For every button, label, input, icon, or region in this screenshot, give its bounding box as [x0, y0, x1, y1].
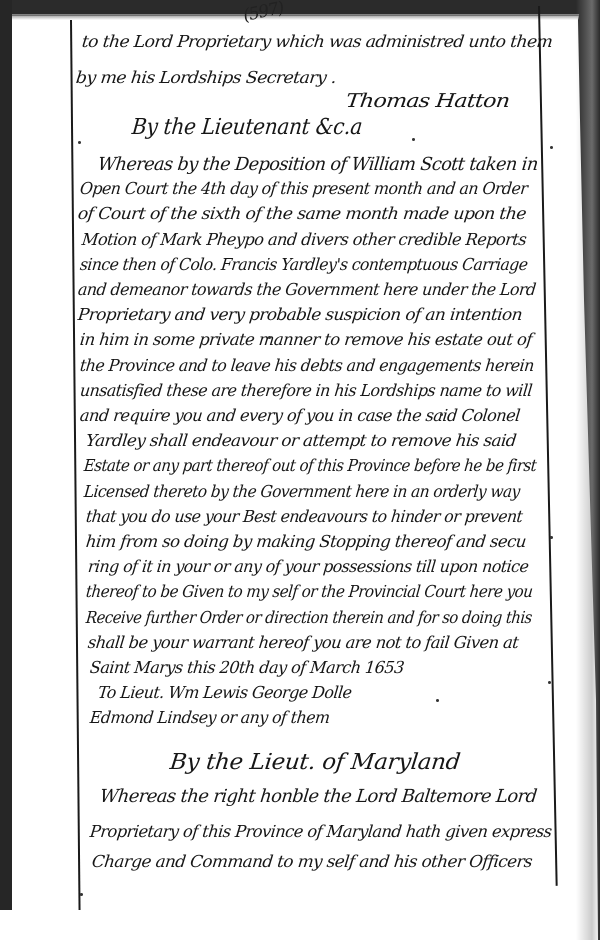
ink-speck [550, 146, 553, 149]
manuscript-line-part2: By the Lieut. of Maryland [169, 750, 462, 775]
manuscript-line: since then of Colo. Francis Yardley's co… [79, 255, 528, 274]
ink-speck [550, 536, 553, 539]
manuscript-line: in him in some private manner to remove … [79, 330, 533, 349]
manuscript-line: Thomas Hatton [345, 90, 511, 112]
manuscript-line: that you do use your Best endeavours to … [85, 507, 523, 526]
manuscript-line: Estate or any part thereof out of this P… [83, 456, 537, 475]
ink-speck [436, 699, 439, 702]
manuscript-line: and demeanor towards the Government here… [77, 280, 537, 299]
manuscript-line: Whereas by the Deposition of William Sco… [97, 154, 539, 175]
manuscript-line: shall be your warrant hereof you are not… [87, 633, 519, 652]
manuscript-line: him from so doing by making Stopping the… [85, 532, 527, 551]
manuscript-line: Saint Marys this 20th day of March 1653 [89, 658, 405, 677]
manuscript-line-part2: Charge and Command to my self and his ot… [91, 852, 533, 871]
ink-speck [80, 893, 83, 896]
manuscript-line: Motion of Mark Pheypo and divers other c… [81, 230, 527, 249]
scan-border-left [0, 0, 12, 910]
manuscript-line: Yardley shall endeavour or attempt to re… [85, 431, 517, 450]
manuscript-line: By the Lieutenant &c.a [131, 115, 363, 140]
manuscript-line: thereof to be Given to my self or the Pr… [85, 582, 533, 601]
manuscript-line: Licensed thereto by the Government here … [83, 482, 521, 501]
ink-speck [78, 141, 81, 144]
manuscript-line-part2: Proprietary of this Province of Maryland… [89, 822, 552, 841]
scan-border-top-fade [0, 14, 600, 20]
right-margin-rule [538, 6, 557, 886]
manuscript-line: the Province and to leave his debts and … [79, 356, 535, 375]
manuscript-line: of Court of the sixth of the same month … [77, 204, 527, 223]
ink-speck [412, 138, 415, 141]
ink-speck [548, 681, 551, 684]
manuscript-line: Proprietary and very probable suspicion … [77, 305, 523, 324]
left-margin-rule [70, 20, 80, 910]
manuscript-line: and require you and every of you in case… [79, 406, 521, 425]
ink-speck [268, 336, 271, 339]
page-number: (597) [241, 0, 285, 26]
manuscript-line: to the Lord Proprietary which was admini… [81, 32, 553, 51]
manuscript-line-part2: Whereas the right honble the Lord Baltem… [99, 786, 538, 807]
manuscript-line: ring of it in your or any of your posses… [87, 557, 529, 576]
manuscript-line: To Lieut. Wm Lewis George Dolle [97, 683, 352, 702]
manuscript-line: unsatisfied these are therefore in his L… [79, 381, 533, 400]
manuscript-line: Edmond Lindsey or any of them [89, 708, 330, 727]
manuscript-line: Open Court the 4th day of this present m… [79, 179, 528, 198]
manuscript-line: by me his Lordships Secretary . [75, 68, 337, 87]
manuscript-line: Receive further Order or direction there… [85, 608, 533, 627]
ink-speck [440, 413, 443, 416]
